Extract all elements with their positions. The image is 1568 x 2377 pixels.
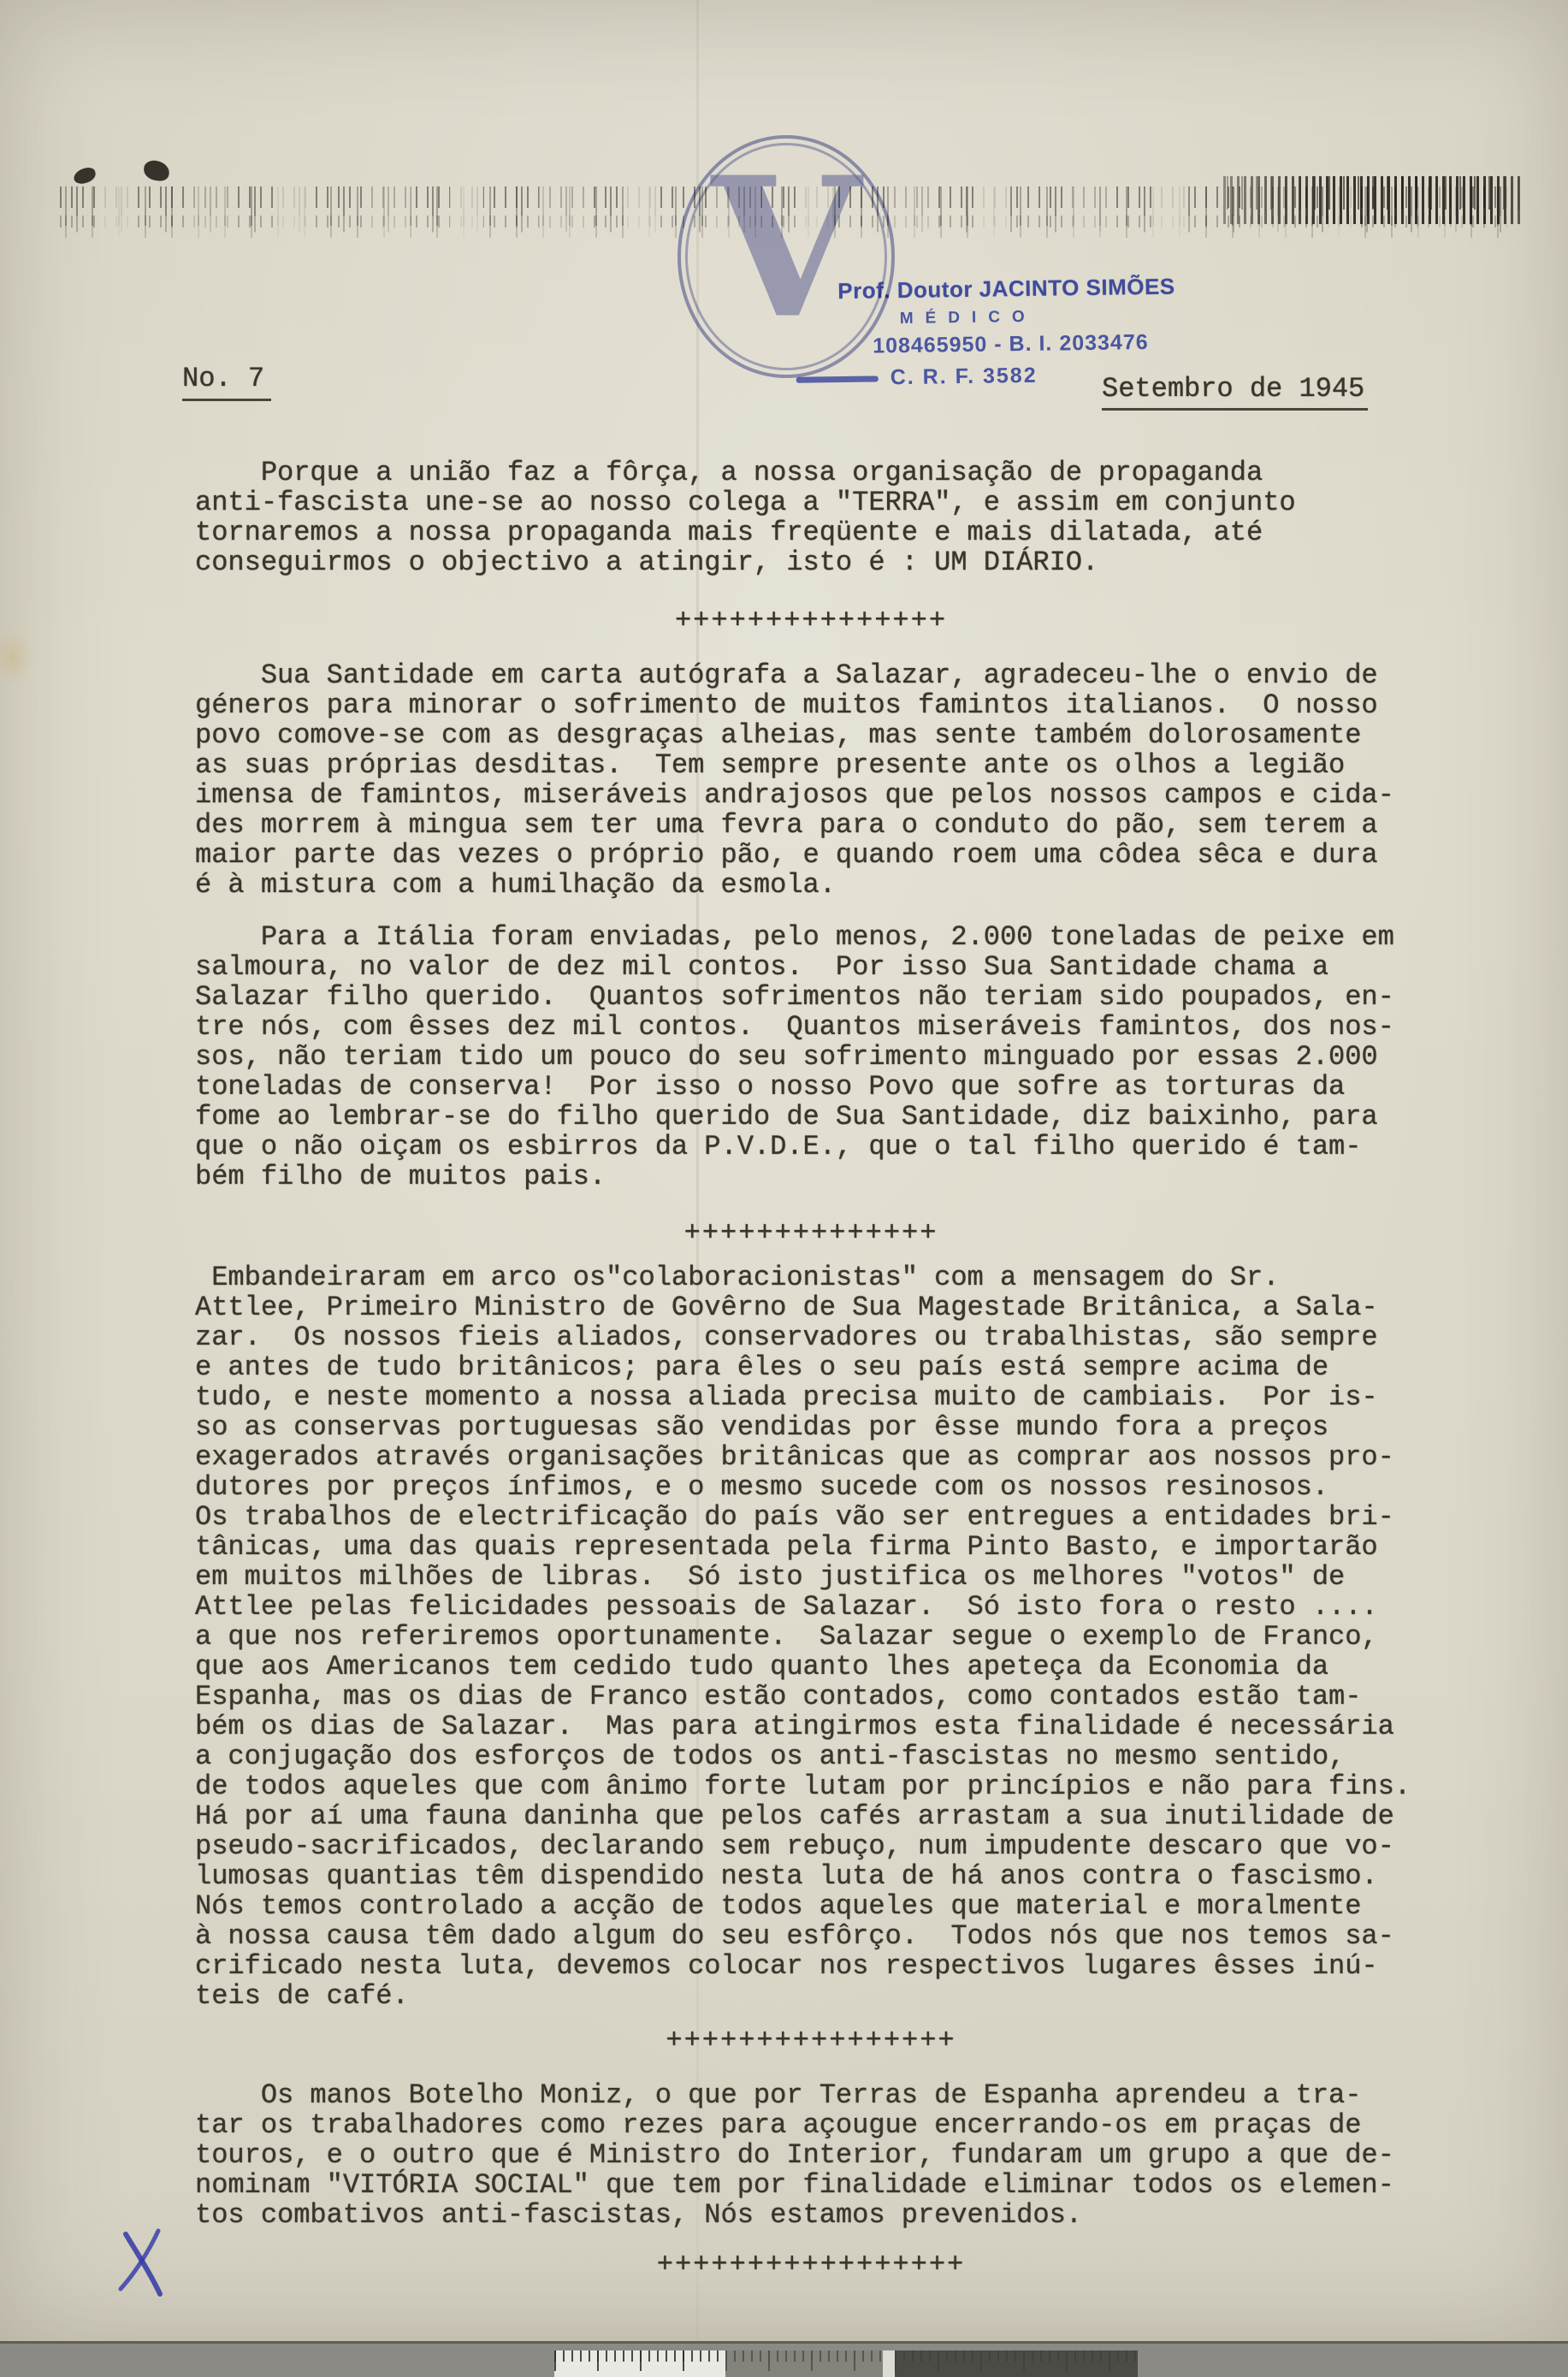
photographic-ruler-gray <box>725 2350 883 2377</box>
photographic-ruler-gap <box>883 2350 895 2377</box>
ink-blot-icon <box>72 166 97 186</box>
issue-date: Setembro de 1945 <box>1102 373 1368 411</box>
paragraph: Sua Santidade em carta autógrafa a Salaz… <box>195 660 1427 900</box>
photographic-ruler-dark <box>895 2350 1138 2377</box>
paragraph: Porque a união faz a fôrça, a nossa orga… <box>195 458 1427 577</box>
photographic-ruler-white <box>554 2350 725 2377</box>
stamp-dash-icon <box>796 375 879 382</box>
ink-blot-icon <box>143 159 171 182</box>
plus-separator: +++++++++++++++++ <box>195 2250 1427 2279</box>
scanned-document: V Prof. Doutor JACINTO SIMÕES MÉDICO 108… <box>0 0 1568 2377</box>
scanner-noise-cluster <box>1223 176 1524 224</box>
doctor-stamp-registry-text: C. R. F. 3582 <box>891 364 1038 389</box>
plus-separator: ++++++++++++++++ <box>195 2025 1427 2055</box>
document-body: Porque a união faz a fôrça, a nossa orga… <box>195 458 1427 2279</box>
doctor-stamp-title: MÉDICO <box>900 305 1257 328</box>
doctor-stamp-name: Prof. Doutor JACINTO SIMÕES <box>837 272 1257 305</box>
paragraph: Embandeiraram em arco os"colaboracionist… <box>195 1262 1427 2011</box>
paragraph: Os manos Botelho Moniz, o que por Terras… <box>195 2080 1427 2230</box>
paper-sheet: V Prof. Doutor JACINTO SIMÕES MÉDICO 108… <box>0 0 1568 2341</box>
issue-number: No. 7 <box>182 363 271 401</box>
doctor-stamp-numbers: 108465950 - B. I. 2033476 <box>873 328 1257 358</box>
paragraph: Para a Itália foram enviadas, pelo menos… <box>195 922 1427 1191</box>
paper-stain <box>0 629 34 685</box>
handwritten-x-mark <box>107 2222 186 2306</box>
plus-separator: ++++++++++++++ <box>195 1218 1427 1248</box>
plus-separator: +++++++++++++++ <box>195 606 1427 636</box>
